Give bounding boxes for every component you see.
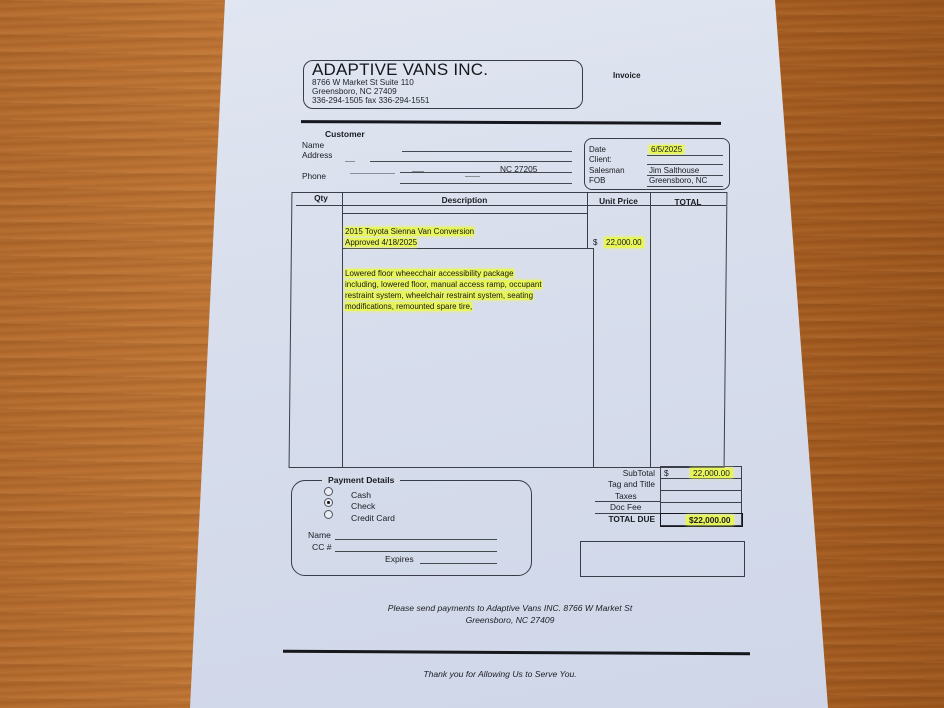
salesman-label: Salesman (589, 166, 625, 175)
remit-line1: Please send payments to Adaptive Vans IN… (340, 603, 680, 613)
total-due-label: TOTAL DUE (555, 514, 655, 524)
customer-address-label: Address (302, 150, 332, 160)
payment-expires-field[interactable] (420, 563, 497, 564)
payment-expires-label: Expires (385, 554, 414, 564)
document-type-label: Invoice (613, 71, 641, 80)
header-description: Description (342, 195, 587, 205)
redacted-mark (350, 173, 395, 174)
payment-cash-radio[interactable] (324, 487, 333, 496)
payment-details-title: Payment Details (322, 475, 400, 485)
customer-phone-line (400, 183, 572, 184)
signature-box (580, 541, 745, 577)
customer-name-line (402, 151, 572, 152)
fob-label: FOB (589, 176, 605, 185)
totals-row-divider (660, 502, 742, 503)
item-row-divider (342, 248, 593, 249)
totals-row-divider (660, 478, 742, 479)
item-description-line: including, lowered floor, manual access … (345, 280, 542, 289)
taxes-divider (595, 501, 660, 502)
subtotal-value: 22,000.00 (690, 468, 733, 478)
subtotal-currency: $ (664, 468, 669, 478)
redacted-mark (412, 171, 424, 172)
company-address-line1: 8766 W Market St Suite 110 (312, 78, 414, 87)
client-line (647, 164, 723, 165)
item-description-line: 2015 Toyota Sienna Van Conversion (345, 227, 474, 236)
thank-you-message: Thank you for Allowing Us to Serve You. (360, 669, 640, 679)
company-name: ADAPTIVE VANS INC. (312, 60, 488, 80)
customer-section-title: Customer (325, 129, 365, 139)
header-total: TOTAL (650, 197, 726, 207)
total-due-value: $22,000.00 (686, 515, 734, 525)
fob-value: Greensboro, NC (649, 176, 707, 185)
payment-check-label: Check (351, 501, 375, 511)
item-unit-price: 22,000.00 (604, 237, 644, 248)
payment-check-radio[interactable] (324, 498, 333, 507)
company-phone: 336-294-1505 fax 336-294-1551 (312, 96, 429, 105)
header-unit-price: Unit Price (587, 196, 650, 206)
totals-row-divider (660, 490, 742, 491)
doc-fee-label: Doc Fee (610, 502, 641, 512)
payment-name-field[interactable] (335, 539, 497, 540)
item-currency: $ (593, 237, 597, 248)
date-value: 6/5/2025 (649, 145, 684, 154)
remit-line2: Greensboro, NC 27409 (340, 615, 680, 625)
tag-title-label: Tag and Title (555, 479, 655, 489)
docfee-divider (595, 513, 660, 514)
payment-cc-field[interactable] (335, 551, 497, 552)
payment-cc-label: CC # (312, 542, 332, 552)
redacted-mark (345, 161, 355, 162)
redacted-mark (465, 176, 480, 177)
subtotal-label: SubTotal (555, 468, 655, 478)
col-divider-desc (593, 248, 594, 468)
customer-address-line (370, 161, 572, 162)
fob-line (647, 186, 723, 187)
header-qty: Qty (300, 193, 342, 203)
client-label: Client: (589, 155, 612, 164)
payment-name-label: Name (308, 530, 331, 540)
customer-state-zip: NC 27205 (500, 164, 537, 174)
item-description-line: Approved 4/18/2025 (345, 238, 417, 247)
table-row: Lowered floor wheecchair accessibility p… (345, 268, 542, 312)
item-description-line: restraint system, wheelchair restraint s… (345, 291, 533, 300)
salesman-value: Jim Salthouse (649, 166, 699, 175)
col-divider-price (650, 192, 651, 468)
payment-cash-label: Cash (351, 490, 371, 500)
item-description-line: modifications, remounted spare tire, (345, 302, 472, 311)
date-label: Date (589, 145, 606, 154)
customer-name-label: Name (302, 140, 324, 150)
col-divider-qty (342, 192, 343, 468)
date-line (647, 155, 723, 156)
customer-phone-label: Phone (302, 171, 326, 181)
customer-city-line (400, 172, 572, 173)
company-address-line2: Greensboro, NC 27409 (312, 87, 397, 96)
table-row: 2015 Toyota Sienna Van Conversion Approv… (345, 226, 474, 248)
payment-credit-card-label: Credit Card (351, 513, 395, 523)
desc-subline (342, 213, 587, 214)
payment-credit-card-radio[interactable] (324, 510, 333, 519)
taxes-label: Taxes (615, 491, 637, 501)
item-description-line: Lowered floor wheecchair accessibility p… (345, 269, 514, 278)
